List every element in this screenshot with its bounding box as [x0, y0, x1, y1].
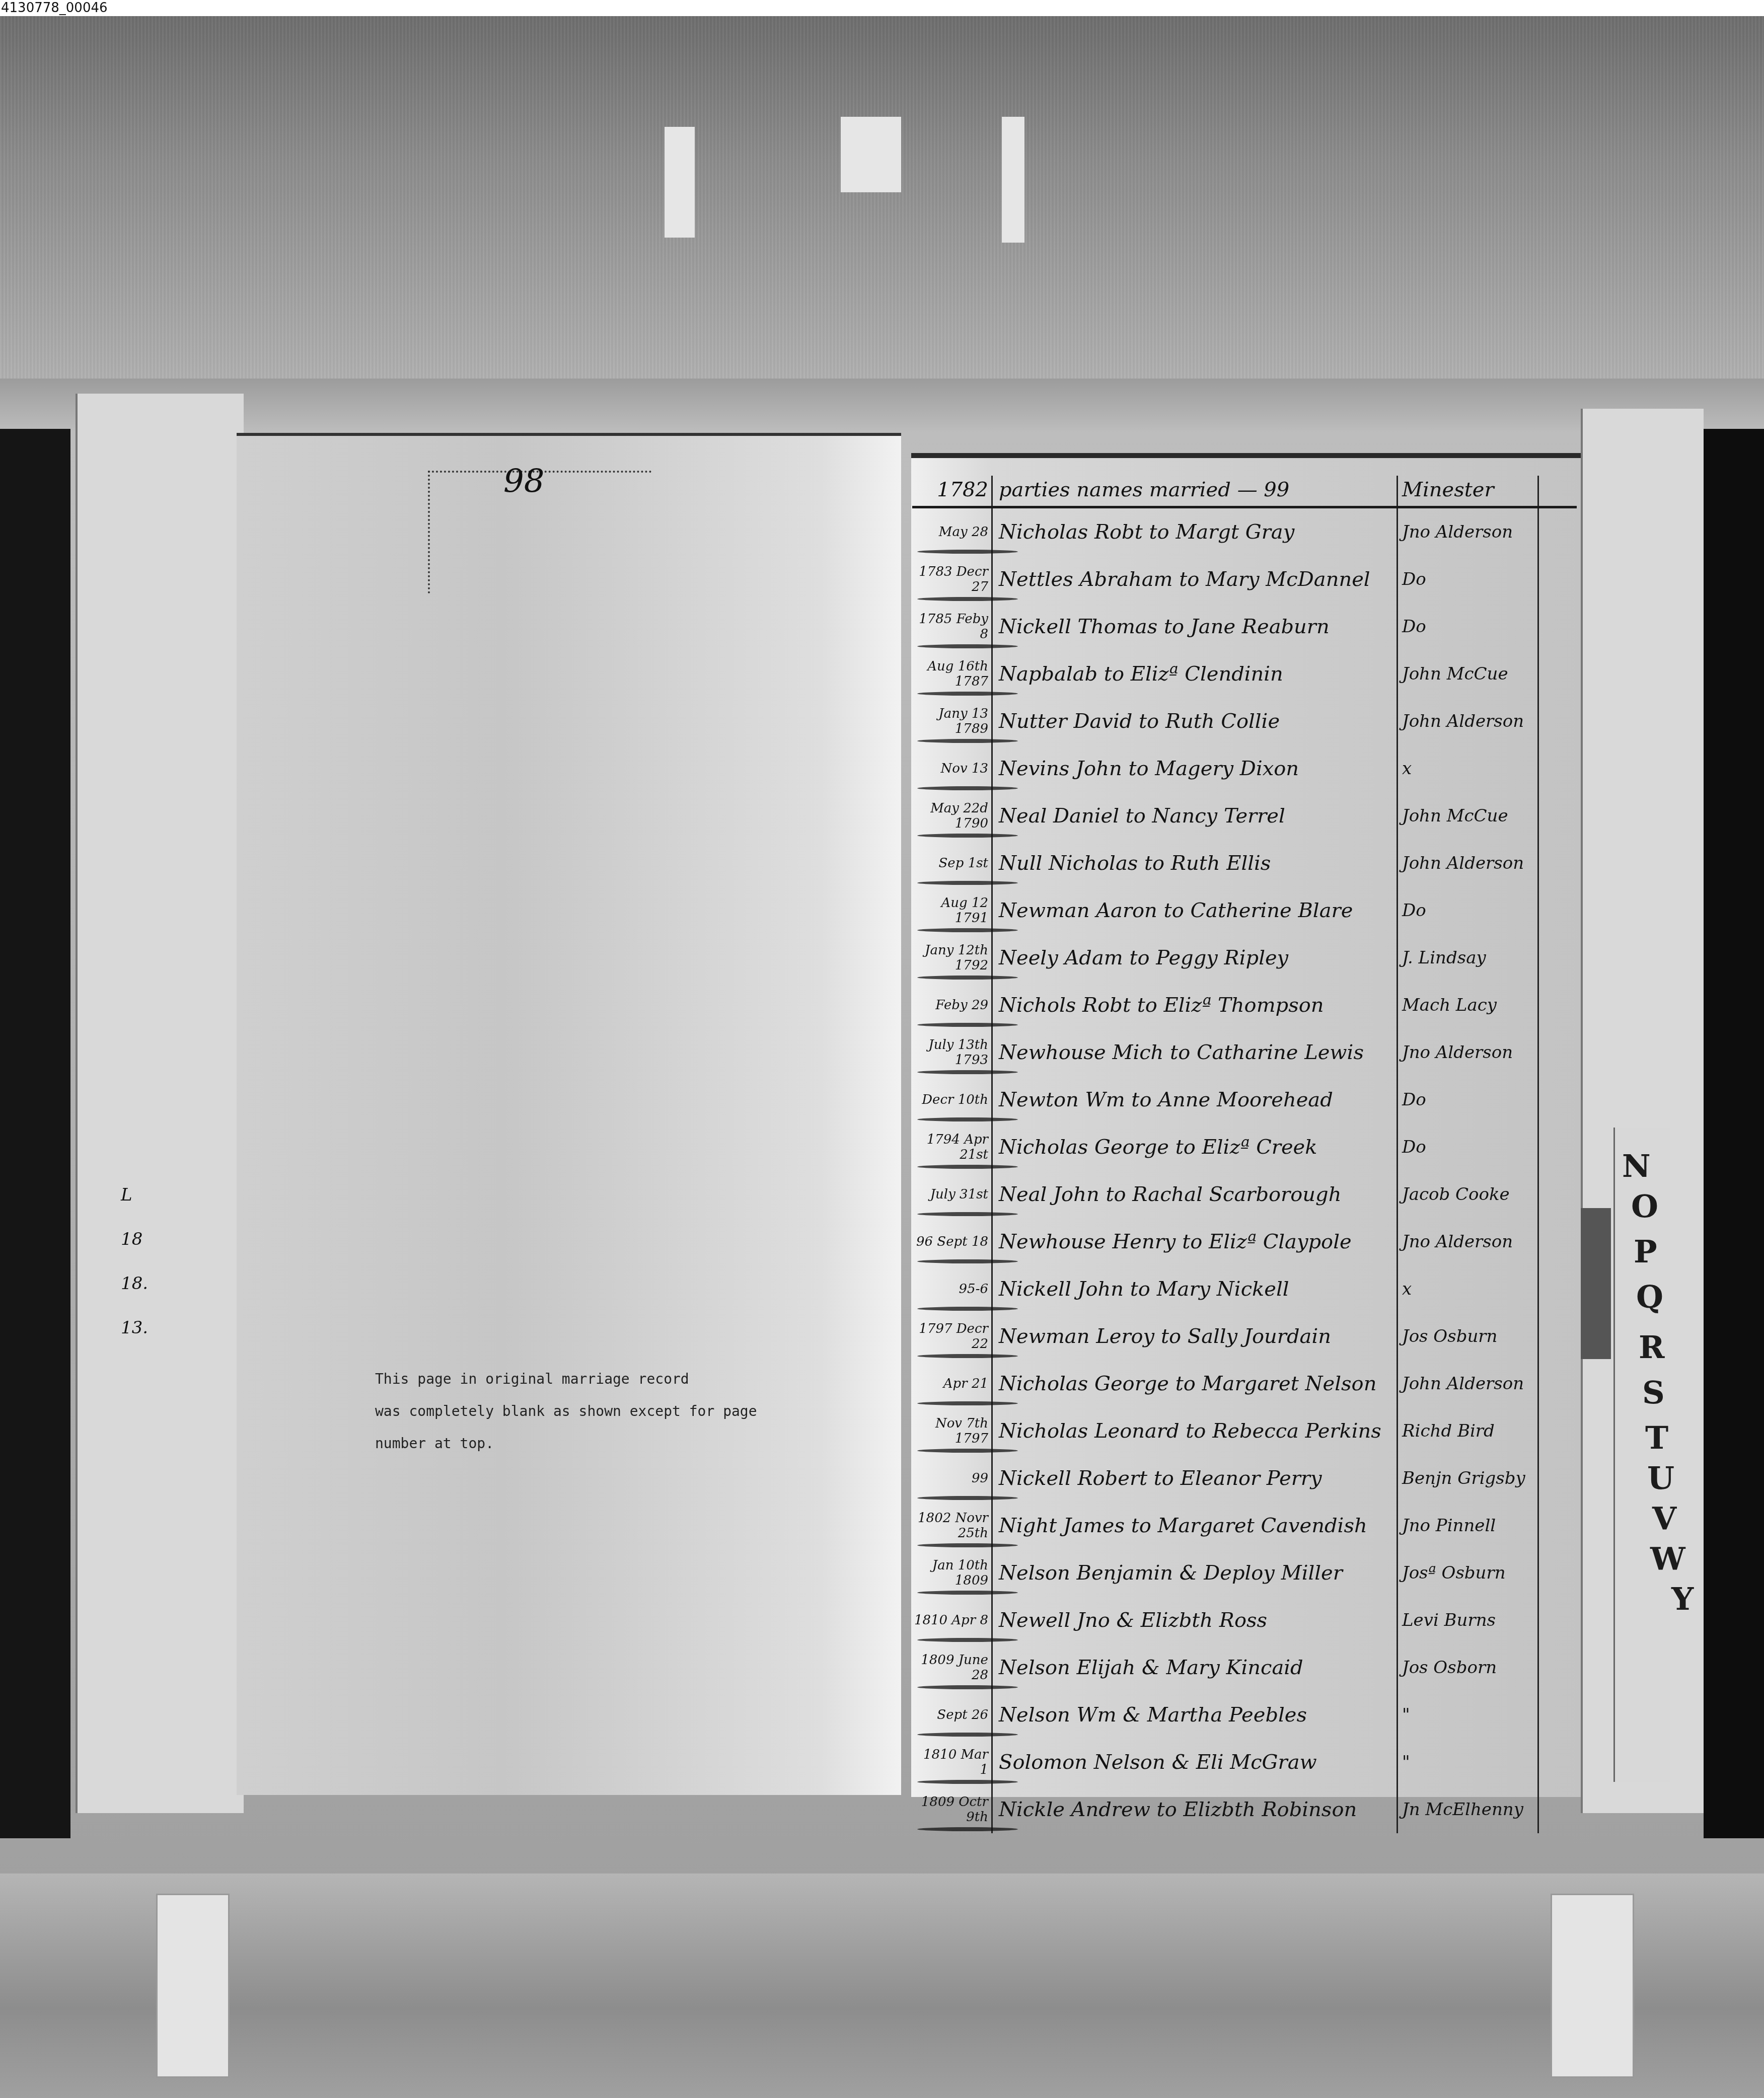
entry-minister: Jn McElhenny: [1398, 1786, 1539, 1833]
entry-names: Nickell Robert to Eleanor Perry: [993, 1455, 1398, 1502]
index-letter[interactable]: R: [1639, 1329, 1665, 1366]
ink-rule: [917, 1401, 1018, 1405]
entry-names: Newton Wm to Anne Moorehead: [993, 1076, 1398, 1123]
ink-rule: [917, 786, 1018, 790]
entry-date: 95-6: [912, 1265, 993, 1313]
marriage-ledger: 1782 parties names married — 99 Minester…: [912, 476, 1577, 1833]
ink-rule: [917, 1827, 1018, 1831]
entry-minister: Levi Burns: [1398, 1597, 1539, 1644]
ledger-entry: Feby 29Nichols Robt to Elizª ThompsonMac…: [912, 982, 1577, 1029]
ledger-rows: May 28Nicholas Robt to Margt GrayJno Ald…: [912, 508, 1577, 1833]
entry-minister: Do: [1398, 887, 1539, 934]
cover-strap: [841, 117, 901, 192]
ledger-entry: July 31stNeal John to Rachal Scarborough…: [912, 1171, 1577, 1218]
ink-rule: [917, 550, 1018, 554]
entry-names: Nelson Elijah & Mary Kincaid: [993, 1644, 1398, 1691]
entry-minister: J. Lindsay: [1398, 934, 1539, 982]
ledger-entry: Sept 26Nelson Wm & Martha Peebles": [912, 1691, 1577, 1739]
margin-marks: L 18 18. 13.: [121, 1173, 148, 1350]
note-line: number at top.: [375, 1436, 848, 1452]
entry-names: Newhouse Henry to Elizª Claypole: [993, 1218, 1398, 1265]
ink-rule: [917, 976, 1018, 980]
entry-extra: [1539, 1597, 1574, 1644]
ledger-entry: 1809 Octr 9thNickle Andrew to Elizbth Ro…: [912, 1786, 1577, 1833]
entry-names: Nettles Abraham to Mary McDannel: [993, 556, 1398, 603]
entry-date: Jany 13 1789: [912, 698, 993, 745]
entry-extra: [1539, 698, 1574, 745]
header-year: 1782: [912, 476, 993, 506]
entry-names: Nickle Andrew to Elizbth Robinson: [993, 1786, 1398, 1833]
entry-date: 1797 Decr 22: [912, 1313, 993, 1360]
entry-minister: Benjn Grigsby: [1398, 1455, 1539, 1502]
ink-rule: [917, 1212, 1018, 1216]
entry-names: Nicholas George to Margaret Nelson: [993, 1360, 1398, 1407]
ledger-entry: May 28Nicholas Robt to Margt GrayJno Ald…: [912, 508, 1577, 556]
entry-minister: x: [1398, 1265, 1539, 1313]
entry-extra: [1539, 1123, 1574, 1171]
entry-names: Null Nicholas to Ruth Ellis: [993, 840, 1398, 887]
entry-minister: Josª Osburn: [1398, 1549, 1539, 1597]
entry-minister: John Alderson: [1398, 698, 1539, 745]
entry-minister: Mach Lacy: [1398, 982, 1539, 1029]
margin-mark: L: [121, 1173, 148, 1217]
entry-date: 1810 Apr 8: [912, 1597, 993, 1644]
ledger-entry: 1802 Novr 25thNight James to Margaret Ca…: [912, 1502, 1577, 1549]
entry-minister: John Alderson: [1398, 840, 1539, 887]
entry-date: Nov 13: [912, 745, 993, 792]
entry-extra: [1539, 1786, 1574, 1833]
index-letter[interactable]: N: [1622, 1148, 1651, 1184]
entry-minister: Do: [1398, 603, 1539, 650]
ledger-entry: 1809 June 28Nelson Elijah & Mary Kincaid…: [912, 1644, 1577, 1691]
entry-extra: [1539, 1029, 1574, 1076]
margin-mark: 18: [121, 1217, 148, 1261]
index-letter[interactable]: T: [1645, 1419, 1668, 1456]
left-page-number: 98: [503, 463, 544, 500]
header-dash: —: [1237, 478, 1264, 501]
ink-rule: [917, 1733, 1018, 1737]
entry-minister: Jno Pinnell: [1398, 1502, 1539, 1549]
entry-date: 96 Sept 18: [912, 1218, 993, 1265]
ledger-entry: Apr 21Nicholas George to Margaret Nelson…: [912, 1360, 1577, 1407]
entry-extra: [1539, 603, 1574, 650]
entry-date: May 22d 1790: [912, 792, 993, 840]
ledger-entry: 1810 Mar 1Solomon Nelson & Eli McGraw": [912, 1739, 1577, 1786]
entry-names: Nichols Robt to Elizª Thompson: [993, 982, 1398, 1029]
entry-minister: Jacob Cooke: [1398, 1171, 1539, 1218]
ink-rule: [917, 739, 1018, 743]
entry-date: Apr 21: [912, 1360, 993, 1407]
ledger-entry: July 13th 1793Newhouse Mich to Catharine…: [912, 1029, 1577, 1076]
ledger-entry: 1810 Apr 8Newell Jno & Elizbth RossLevi …: [912, 1597, 1577, 1644]
ink-rule: [917, 1354, 1018, 1358]
ink-rule: [917, 644, 1018, 648]
entry-minister: ": [1398, 1739, 1539, 1786]
entry-extra: [1539, 1313, 1574, 1360]
entry-minister: Richd Bird: [1398, 1407, 1539, 1455]
ink-rule: [917, 1685, 1018, 1689]
entry-date: 1794 Apr 21st: [912, 1123, 993, 1171]
ledger-entry: 99Nickell Robert to Eleanor PerryBenjn G…: [912, 1455, 1577, 1502]
entry-minister: John Alderson: [1398, 1360, 1539, 1407]
header-minister: Minester: [1398, 476, 1539, 506]
entry-date: Nov 7th 1797: [912, 1407, 993, 1455]
index-letter[interactable]: S: [1642, 1374, 1665, 1411]
right-page-number: 99: [1264, 478, 1289, 501]
entry-names: Nickell John to Mary Nickell: [993, 1265, 1398, 1313]
ledger-entry: Jan 10th 1809Nelson Benjamin & Deploy Mi…: [912, 1549, 1577, 1597]
index-letter[interactable]: W: [1650, 1540, 1685, 1577]
entry-extra: [1539, 840, 1574, 887]
entry-extra: [1539, 1218, 1574, 1265]
entry-date: 1783 Decr 27: [912, 556, 993, 603]
index-letter[interactable]: Y: [1671, 1581, 1694, 1617]
entry-names: Nelson Benjamin & Deploy Miller: [993, 1549, 1398, 1597]
entry-minister: John McCue: [1398, 650, 1539, 698]
header-title: parties names married — 99: [993, 476, 1398, 506]
entry-extra: [1539, 508, 1574, 556]
left-cover-edge: [0, 429, 70, 1838]
entry-date: 1809 June 28: [912, 1644, 993, 1691]
entry-names: Newman Leroy to Sally Jourdain: [993, 1313, 1398, 1360]
bottom-clamp-right: [1551, 1894, 1634, 2078]
ledger-entry: 96 Sept 18Newhouse Henry to Elizª Claypo…: [912, 1218, 1577, 1265]
index-letter[interactable]: V: [1652, 1500, 1676, 1537]
entry-extra: [1539, 745, 1574, 792]
entry-minister: Jos Osburn: [1398, 1313, 1539, 1360]
ink-rule: [917, 1165, 1018, 1169]
ledger-entry: Nov 7th 1797Nicholas Leonard to Rebecca …: [912, 1407, 1577, 1455]
ink-rule: [917, 1023, 1018, 1027]
ledger-entry: Sep 1stNull Nicholas to Ruth EllisJohn A…: [912, 840, 1577, 887]
entry-date: Sep 1st: [912, 840, 993, 887]
index-letter[interactable]: U: [1647, 1460, 1674, 1496]
entry-date: Sept 26: [912, 1691, 993, 1739]
ledger-entry: Aug 16th 1787Napbalab to Elizª Clendinin…: [912, 650, 1577, 698]
ledger-entry: 1785 Feby 8Nickell Thomas to Jane Reabur…: [912, 603, 1577, 650]
ink-rule: [917, 1259, 1018, 1263]
entry-minister: Jos Osborn: [1398, 1644, 1539, 1691]
page-clip: [1581, 1208, 1611, 1359]
entry-names: Nelson Wm & Martha Peebles: [993, 1691, 1398, 1739]
right-cover-edge: [1704, 429, 1764, 1838]
entry-extra: [1539, 934, 1574, 982]
ledger-entry: Aug 12 1791Newman Aaron to Catherine Bla…: [912, 887, 1577, 934]
ledger-entry: 1783 Decr 27Nettles Abraham to Mary McDa…: [912, 556, 1577, 603]
entry-extra: [1539, 1265, 1574, 1313]
entry-date: Jany 12th 1792: [912, 934, 993, 982]
entry-date: Feby 29: [912, 982, 993, 1029]
entry-minister: Do: [1398, 1076, 1539, 1123]
entry-date: July 13th 1793: [912, 1029, 993, 1076]
entry-date: 1809 Octr 9th: [912, 1786, 993, 1833]
entry-extra: [1539, 1076, 1574, 1123]
entry-date: 1810 Mar 1: [912, 1739, 993, 1786]
index-letter[interactable]: Q: [1636, 1279, 1663, 1315]
entry-extra: [1539, 1407, 1574, 1455]
ledger-entry: Jany 12th 1792Neely Adam to Peggy Ripley…: [912, 934, 1577, 982]
index-letter[interactable]: O: [1631, 1188, 1658, 1225]
ink-rule: [917, 1307, 1018, 1311]
ink-rule: [917, 1543, 1018, 1547]
entry-minister: Do: [1398, 556, 1539, 603]
entry-names: Newman Aaron to Catherine Blare: [993, 887, 1398, 934]
ink-rule: [917, 1070, 1018, 1074]
entry-extra: [1539, 1739, 1574, 1786]
note-line: This page in original marriage record: [375, 1371, 848, 1387]
bottom-clamp-left: [156, 1894, 230, 2078]
entry-names: Neal John to Rachal Scarborough: [993, 1171, 1398, 1218]
entry-names: Solomon Nelson & Eli McGraw: [993, 1739, 1398, 1786]
entry-minister: John McCue: [1398, 792, 1539, 840]
margin-mark: 18.: [121, 1261, 148, 1306]
entry-names: Nutter David to Ruth Collie: [993, 698, 1398, 745]
note-line: was completely blank as shown except for…: [375, 1403, 848, 1419]
entry-extra: [1539, 1691, 1574, 1739]
book-cover-top: [0, 16, 1764, 379]
entry-extra: [1539, 1360, 1574, 1407]
entry-extra: [1539, 982, 1574, 1029]
entry-date: Decr 10th: [912, 1076, 993, 1123]
entry-names: Night James to Margaret Cavendish: [993, 1502, 1398, 1549]
entry-names: Nicholas Robt to Margt Gray: [993, 508, 1398, 556]
ink-rule: [917, 1591, 1018, 1595]
entry-names: Napbalab to Elizª Clendinin: [993, 650, 1398, 698]
ink-rule: [917, 692, 1018, 696]
entry-extra: [1539, 1549, 1574, 1597]
ink-rule: [917, 928, 1018, 932]
entry-minister: Jno Alderson: [1398, 1029, 1539, 1076]
ledger-entry: Decr 10thNewton Wm to Anne MooreheadDo: [912, 1076, 1577, 1123]
entry-names: Nickell Thomas to Jane Reaburn: [993, 603, 1398, 650]
entry-date: Jan 10th 1809: [912, 1549, 993, 1597]
entry-names: Newell Jno & Elizbth Ross: [993, 1597, 1398, 1644]
ink-rule: [917, 834, 1018, 838]
entry-extra: [1539, 792, 1574, 840]
entry-names: Newhouse Mich to Catharine Lewis: [993, 1029, 1398, 1076]
ledger-entry: Nov 13Nevins John to Magery Dixonx: [912, 745, 1577, 792]
ink-rule: [917, 881, 1018, 885]
entry-extra: [1539, 1171, 1574, 1218]
book-cover-bottom: [0, 1874, 1764, 2098]
ink-rule: [917, 597, 1018, 601]
entry-minister: Do: [1398, 1123, 1539, 1171]
ledger-entry: 1797 Decr 22Newman Leroy to Sally Jourda…: [912, 1313, 1577, 1360]
entry-extra: [1539, 1502, 1574, 1549]
entry-date: Aug 12 1791: [912, 887, 993, 934]
entry-extra: [1539, 556, 1574, 603]
entry-minister: x: [1398, 745, 1539, 792]
index-letter[interactable]: P: [1634, 1233, 1657, 1270]
entry-date: July 31st: [912, 1171, 993, 1218]
entry-date: 1785 Feby 8: [912, 603, 993, 650]
ink-rule: [917, 1496, 1018, 1500]
ledger-entry: May 22d 1790Neal Daniel to Nancy TerrelJ…: [912, 792, 1577, 840]
frame-id-label: 4130778_00046: [0, 0, 1764, 16]
entry-minister: ": [1398, 1691, 1539, 1739]
entry-date: 1802 Novr 25th: [912, 1502, 993, 1549]
entry-names: Nevins John to Magery Dixon: [993, 745, 1398, 792]
entry-names: Neal Daniel to Nancy Terrel: [993, 792, 1398, 840]
ink-rule: [917, 1780, 1018, 1784]
ink-rule: [917, 1449, 1018, 1453]
entry-extra: [1539, 887, 1574, 934]
entry-extra: [1539, 1455, 1574, 1502]
cover-strap: [1002, 117, 1024, 243]
entry-date: May 28: [912, 508, 993, 556]
header-title-text: parties names married: [999, 478, 1231, 501]
entry-date: 99: [912, 1455, 993, 1502]
entry-minister: Jno Alderson: [1398, 1218, 1539, 1265]
blank-page-note: This page in original marriage record wa…: [375, 1355, 848, 1468]
ink-rule: [917, 1638, 1018, 1642]
ledger-header: 1782 parties names married — 99 Minester: [912, 476, 1577, 508]
margin-mark: 13.: [121, 1306, 148, 1350]
ledger-entry: 1794 Apr 21stNicholas George to Elizª Cr…: [912, 1123, 1577, 1171]
entry-names: Neely Adam to Peggy Ripley: [993, 934, 1398, 982]
entry-names: Nicholas Leonard to Rebecca Perkins: [993, 1407, 1398, 1455]
entry-extra: [1539, 650, 1574, 698]
left-page-stack: [76, 394, 244, 1813]
cover-strap: [665, 127, 695, 238]
entry-extra: [1539, 1644, 1574, 1691]
entry-minister: Jno Alderson: [1398, 508, 1539, 556]
entry-names: Nicholas George to Elizª Creek: [993, 1123, 1398, 1171]
left-page: [237, 433, 901, 1795]
entry-date: Aug 16th 1787: [912, 650, 993, 698]
ledger-entry: 95-6Nickell John to Mary Nickellx: [912, 1265, 1577, 1313]
ledger-entry: Jany 13 1789Nutter David to Ruth CollieJ…: [912, 698, 1577, 745]
ink-rule: [917, 1117, 1018, 1121]
